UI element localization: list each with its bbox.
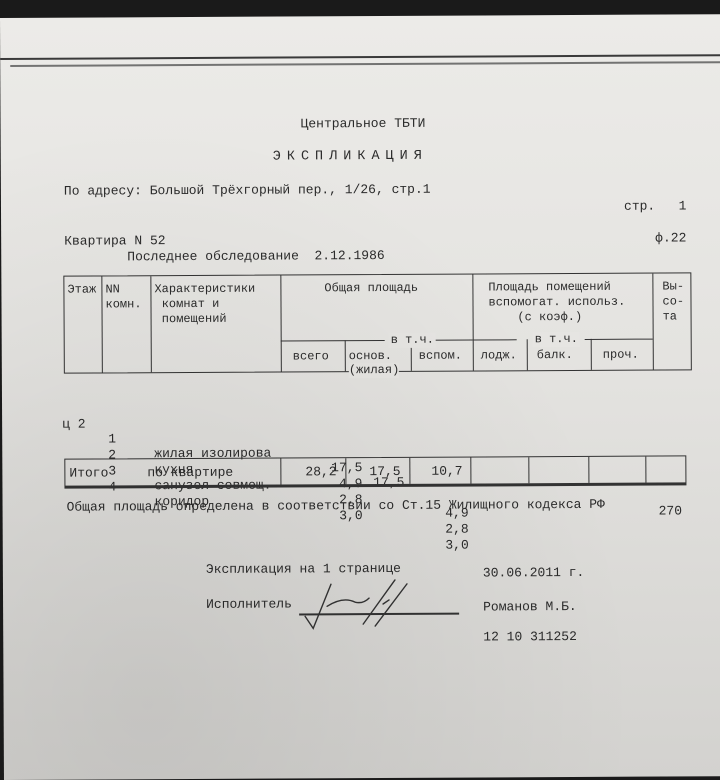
totals-main: 17,5 — [369, 464, 400, 479]
top-rule — [0, 54, 720, 60]
header-height: Вы- со- та — [662, 279, 684, 324]
form-number: ф.22 — [655, 230, 686, 245]
executor-label: Исполнитель — [206, 596, 292, 611]
totals-row: Итого по квартире 28,2 17,5 10,7 — [64, 455, 686, 488]
divider — [101, 276, 103, 372]
document-sheet: Центральное ТБТИ ЭКСПЛИКАЦИЯ По адресу: … — [0, 14, 720, 780]
header-other: проч. — [603, 348, 639, 363]
totals-scope: по квартире — [147, 465, 233, 480]
divider — [150, 276, 152, 372]
header-incl-2: в т.ч. — [533, 332, 580, 347]
header-balcony: балк. — [537, 348, 573, 363]
header-incl: в т.ч. — [389, 333, 436, 348]
header-aux-area: Площадь помещений вспомогат. использ. (с… — [488, 280, 625, 326]
divider — [591, 339, 592, 370]
signature-icon — [303, 576, 423, 632]
divider — [645, 457, 646, 483]
header-total-area: Общая площадь — [324, 281, 418, 296]
header-loggia: лодж. — [481, 348, 517, 363]
divider — [280, 459, 281, 485]
divider — [527, 339, 528, 370]
divider — [345, 458, 346, 484]
document-title: ЭКСПЛИКАЦИЯ — [273, 149, 428, 165]
header-main: основ. — [349, 349, 392, 364]
divider — [345, 340, 346, 371]
page-number: стр. 1 — [624, 198, 686, 213]
cell-height: 270 — [659, 503, 682, 519]
totals-total: 28,2 — [305, 464, 336, 479]
divider — [652, 274, 654, 370]
divider — [281, 340, 385, 342]
totals-label: Итого — [69, 465, 108, 480]
header-floor: Этаж — [67, 282, 96, 297]
divider — [528, 457, 529, 483]
address: По адресу: Большой Трёхгорный пер., 1/26… — [64, 182, 431, 199]
legal-note: Общая площадь определена в соответствии … — [67, 497, 605, 515]
header-characteristics: Характеристики комнат и помещений — [154, 282, 255, 328]
cell-main — [361, 523, 405, 539]
pages-note: Экспликация на 1 странице — [206, 561, 401, 577]
room-list: ц 2 1 жилая изолирова 17,5 17,5 270 2 ку… — [62, 380, 702, 383]
header-total: всего — [293, 349, 329, 364]
divider — [470, 458, 471, 484]
divider — [280, 276, 282, 372]
totals-aux: 10,7 — [431, 464, 462, 479]
apartment-number: Квартира N 52 — [64, 233, 165, 249]
divider — [409, 458, 410, 484]
divider — [585, 339, 653, 340]
header-main-sub: (жилая) — [349, 363, 399, 378]
divider — [472, 275, 474, 371]
document-number: 12 10 311252 — [483, 629, 577, 644]
divider — [473, 339, 517, 340]
header-room-no: NN комн. — [105, 282, 141, 312]
divider — [588, 457, 589, 483]
cell-aux: 2,8 — [425, 522, 469, 538]
organization-name: Центральное ТБТИ — [301, 116, 426, 132]
executor-name: Романов М.Б. — [483, 599, 577, 614]
issue-date: 30.06.2011 г. — [483, 565, 584, 581]
cell-aux: 3,0 — [425, 538, 469, 554]
header-aux: вспом. — [419, 349, 462, 364]
last-survey: Последнее обследование 2.12.1986 — [127, 248, 385, 264]
table-header: Этаж NN комн. Характеристики комнат и по… — [63, 272, 692, 373]
top-rule-secondary — [10, 61, 720, 67]
